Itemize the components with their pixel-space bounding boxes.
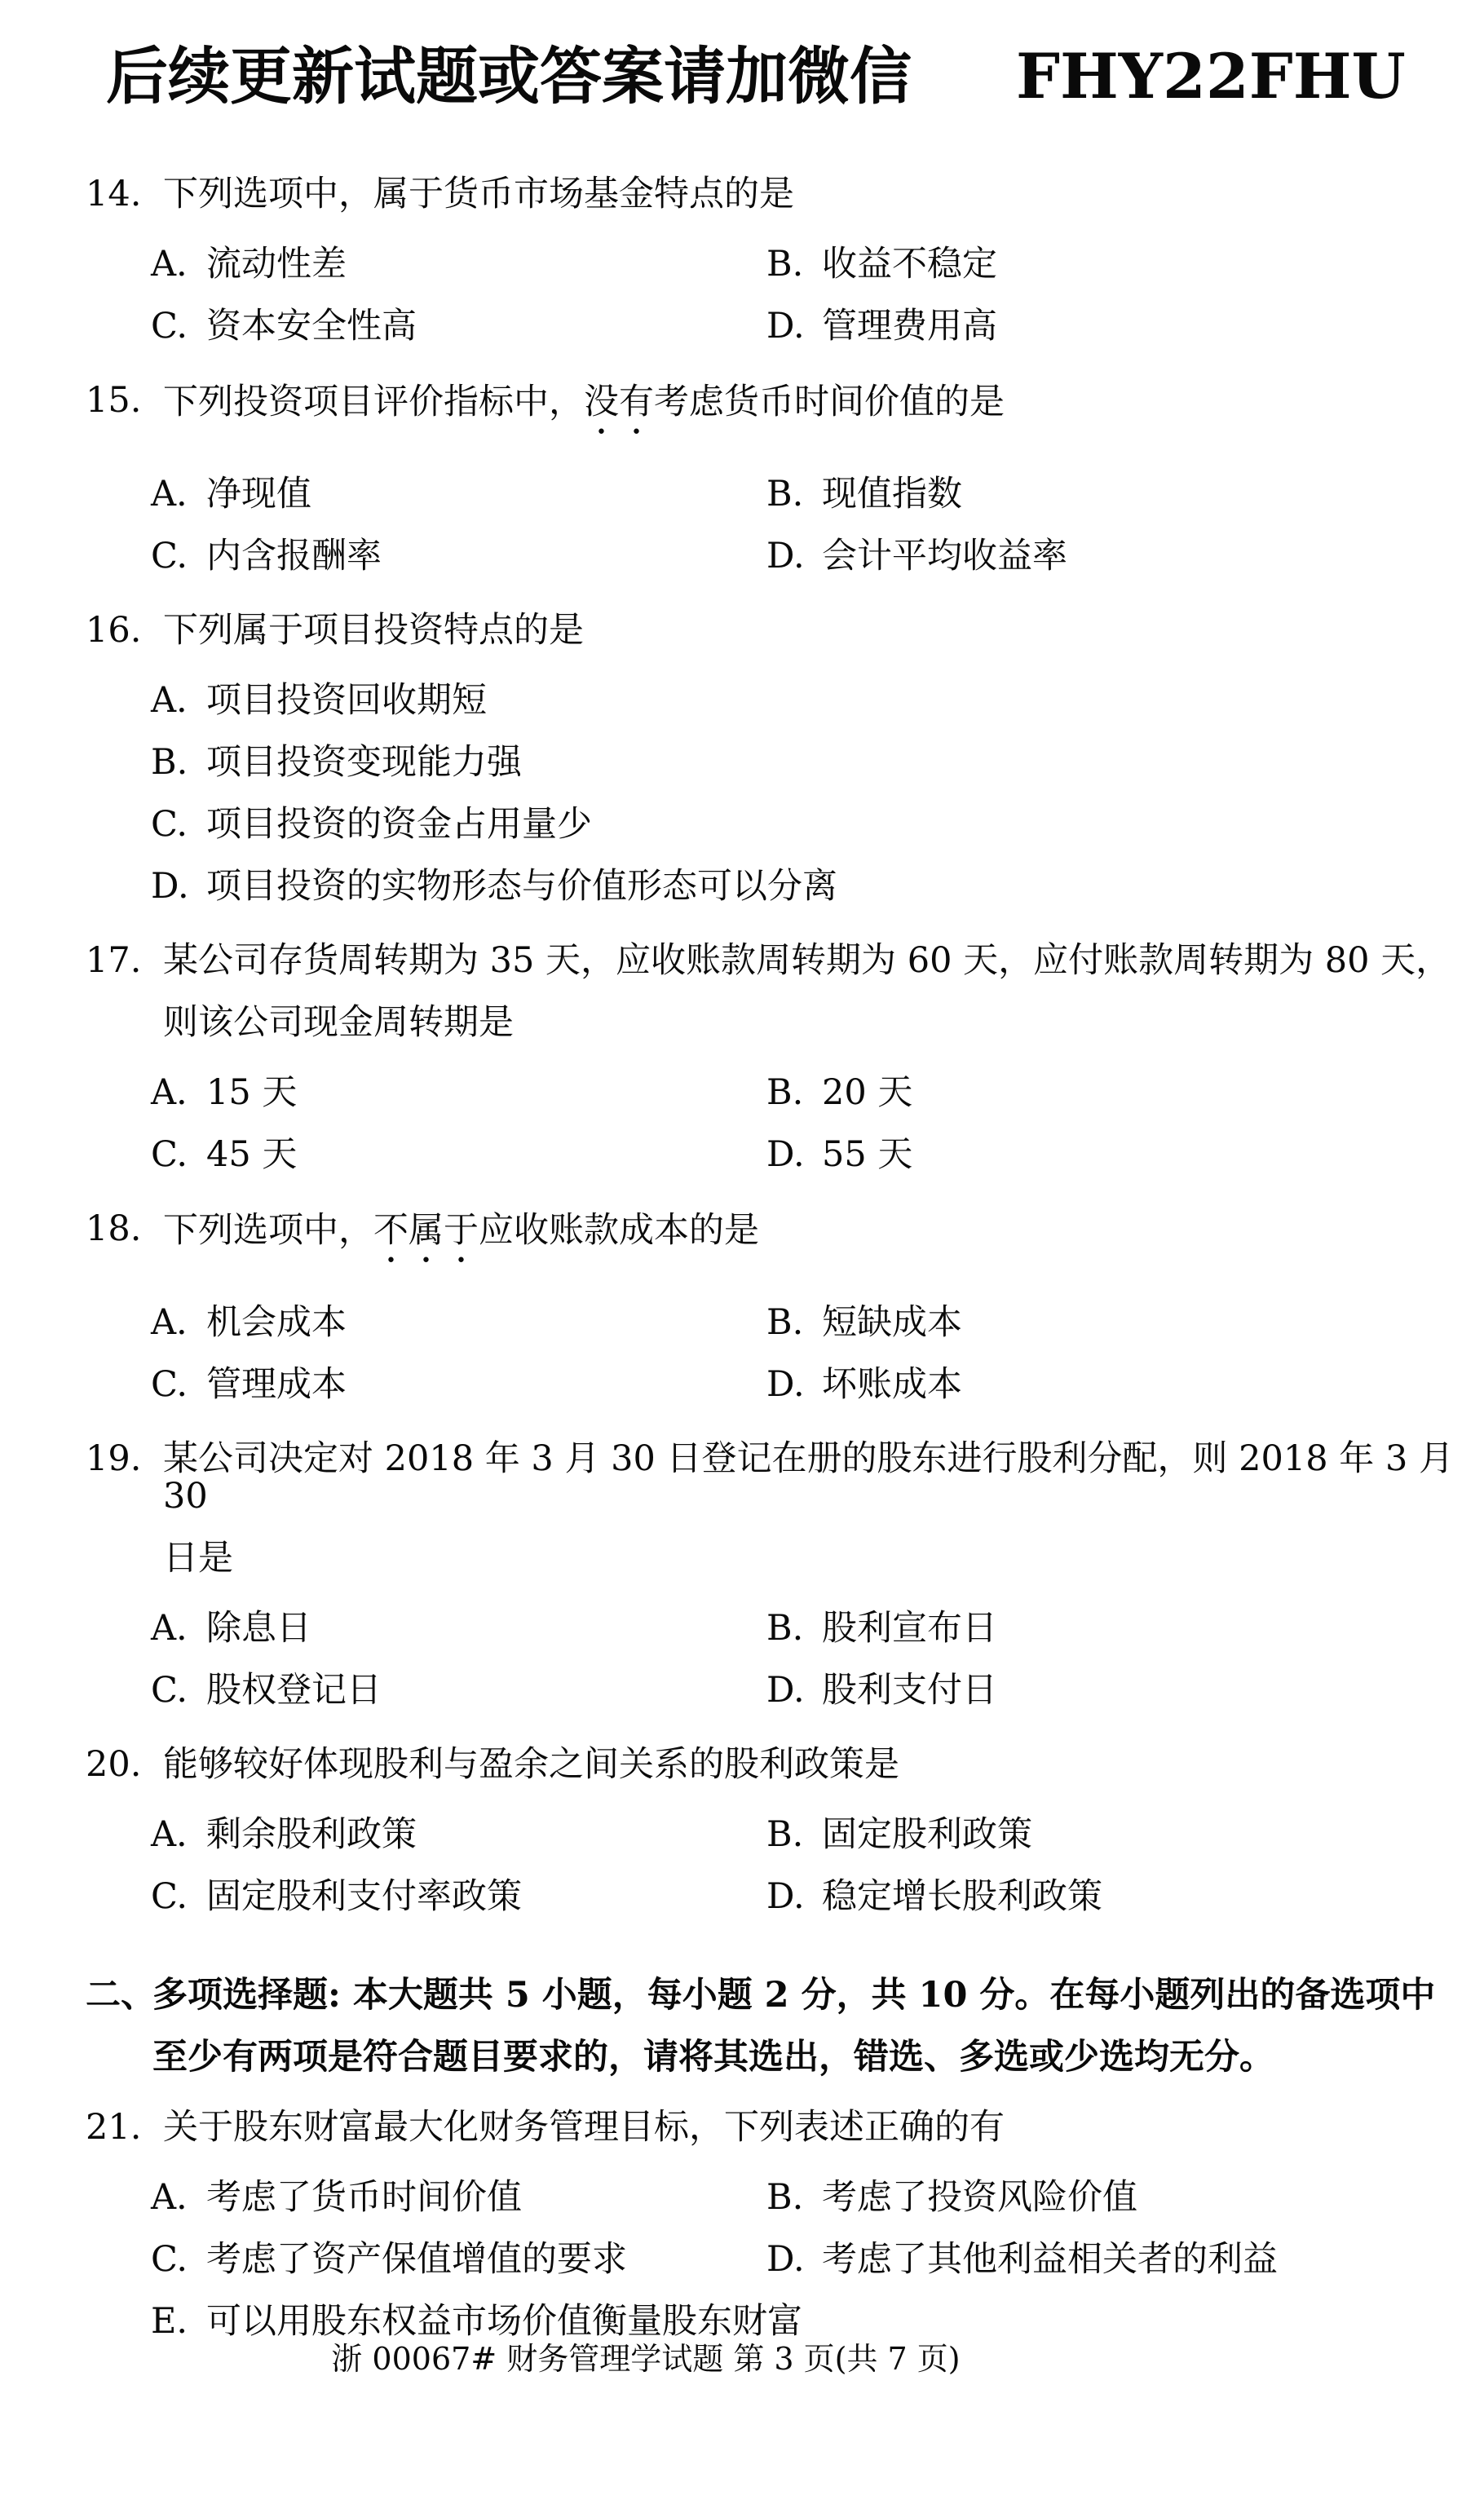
question-text-line: 下列投资项目评价指标中，没有考虑货币时间价值的是 (163, 382, 1484, 443)
option-text: 项目投资变现能力强 (206, 744, 522, 781)
option-a: A. 净现值 (151, 475, 766, 513)
question-number: 17. (86, 942, 163, 1041)
options-row: C. 股权登记日 D. 股利支付日 (151, 1672, 1484, 1709)
question-text-line: 能够较好体现股利与盈余之间关系的股利政策是 (163, 1746, 1484, 1783)
option-letter: D. (766, 1136, 822, 1173)
option-text: 股利支付日 (822, 1672, 997, 1709)
question-text-pre: 下列选项中， (163, 1210, 373, 1251)
question-text-line: 下列选项中，属于货币市场基金特点的是 (163, 175, 1484, 213)
question-text-emphasis: 不属于 (373, 1210, 479, 1251)
options-row: C. 45 天 D. 55 天 (151, 1136, 1484, 1173)
option-letter: D. (766, 1366, 822, 1403)
exam-page: 后续更新试题或答案请加微信 FHY22FHU 14. 下列选项中，属于货币市场基… (0, 0, 1484, 2504)
option-letter: A. (151, 1074, 206, 1111)
option-b: B. 考虑了投资风险价值 (766, 2179, 1137, 2216)
options-row: A. 15 天 B. 20 天 (151, 1074, 1484, 1111)
question-20: 20. 能够较好体现股利与盈余之间关系的股利政策是 A. 剩余股利政策 B. 固… (86, 1746, 1484, 1940)
option-text: 短缺成本 (822, 1304, 962, 1341)
question-text: 关于股东财富最大化财务管理目标，下列表述正确的有 (163, 2109, 1484, 2146)
option-a: A. 考虑了货币时间价值 (151, 2179, 766, 2216)
options-row: A. 流动性差 B. 收益不稳定 (151, 245, 1484, 283)
question-text-line: 某公司存货周转期为 35 天，应收账款周转期为 60 天，应付账款周转期为 80… (163, 942, 1484, 979)
section-text-line: 至少有两项是符合题目要求的，请将其选出，错选、多选或少选均无分。 (152, 2038, 1484, 2076)
option-letter: E. (151, 2303, 206, 2340)
question-text: 下列选项中，不属于应收账款成本的是 (163, 1210, 1484, 1271)
page-footer: 浙 00067# 财务管理学试题 第 3 页(共 7 页) (331, 2342, 960, 2376)
question-19: 19. 某公司决定对 2018 年 3 月 30 日登记在册的股东进行股利分配，… (86, 1440, 1484, 1733)
options-row: A. 项目投资回收期短 (151, 682, 1484, 719)
option-letter: A. (151, 1816, 206, 1853)
options-row: C. 项目投资的资金占用量少 (151, 806, 1484, 843)
option-text: 考虑了资产保值增值的要求 (206, 2241, 627, 2278)
options-row: A. 机会成本 B. 短缺成本 (151, 1304, 1484, 1341)
option-text: 55 天 (822, 1136, 912, 1173)
question-text-line: 下列属于项目投资特点的是 (163, 612, 1484, 649)
option-a: A. 流动性差 (151, 245, 766, 283)
option-d: D. 稳定增长股利政策 (766, 1878, 1102, 1915)
section-text-line: 多项选择题: 本大题共 5 小题，每小题 2 分，共 10 分。在每小题列出的备… (152, 1976, 1484, 2014)
question-head: 15. 下列投资项目评价指标中，没有考虑货币时间价值的是 (86, 382, 1484, 443)
banner-wechat-code: FHY22FHU (1016, 42, 1406, 111)
option-text: 股权登记日 (206, 1672, 382, 1709)
option-text: 项目投资回收期短 (206, 682, 487, 719)
options-row: A. 净现值 B. 现值指数 (151, 475, 1484, 513)
option-letter: B. (151, 744, 206, 781)
options-row: D. 项目投资的实物形态与价值形态可以分离 (151, 868, 1484, 905)
question-text: 下列属于项目投资特点的是 (163, 612, 1484, 649)
option-c: C. 固定股利支付率政策 (151, 1878, 766, 1915)
question-head: 18. 下列选项中，不属于应收账款成本的是 (86, 1210, 1484, 1271)
question-head: 17. 某公司存货周转期为 35 天，应收账款周转期为 60 天，应付账款周转期… (86, 942, 1484, 1041)
options-row: A. 考虑了货币时间价值 B. 考虑了投资风险价值 (151, 2179, 1484, 2216)
question-head: 16. 下列属于项目投资特点的是 (86, 612, 1484, 649)
question-head: 20. 能够较好体现股利与盈余之间关系的股利政策是 (86, 1746, 1484, 1783)
option-b: B. 收益不稳定 (766, 245, 997, 283)
option-text: 剩余股利政策 (206, 1816, 417, 1853)
option-text: 内含报酬率 (206, 537, 382, 575)
question-text-line: 某公司决定对 2018 年 3 月 30 日登记在册的股东进行股利分配，则 20… (163, 1440, 1484, 1515)
option-a: A. 剩余股利政策 (151, 1816, 766, 1853)
option-letter: C. (151, 1878, 206, 1915)
option-text: 15 天 (206, 1074, 297, 1111)
option-c: C. 管理成本 (151, 1366, 766, 1403)
question-text-line: 日是 (163, 1539, 1484, 1577)
question-number: 19. (86, 1440, 163, 1577)
option-text: 现值指数 (822, 475, 962, 513)
question-18: 18. 下列选项中，不属于应收账款成本的是 A. 机会成本 B. 短缺成本 C.… (86, 1210, 1484, 1428)
option-e: E. 可以用股东权益市场价值衡量股东财富 (151, 2303, 802, 2340)
option-letter: D. (766, 1878, 822, 1915)
option-c: C. 资本安全性高 (151, 307, 766, 345)
question-text: 某公司决定对 2018 年 3 月 30 日登记在册的股东进行股利分配，则 20… (163, 1440, 1484, 1577)
option-letter: C. (151, 1136, 206, 1173)
question-text-line: 则该公司现金周转期是 (163, 1004, 1484, 1041)
question-number: 14. (86, 175, 163, 213)
question-number: 20. (86, 1746, 163, 1783)
banner-notice-text: 后续更新试题或答案请加微信 (106, 42, 912, 111)
option-a: A. 除息日 (151, 1610, 766, 1647)
option-text: 考虑了货币时间价值 (206, 2179, 522, 2216)
option-c: C. 45 天 (151, 1136, 766, 1173)
option-letter: C. (151, 307, 206, 345)
options-row: C. 考虑了资产保值增值的要求 D. 考虑了其他利益相关者的利益 (151, 2241, 1484, 2278)
question-text: 下列投资项目评价指标中，没有考虑货币时间价值的是 (163, 382, 1484, 443)
question-text-post: 应收账款成本的是 (479, 1210, 759, 1251)
option-a: A. 15 天 (151, 1074, 766, 1111)
option-letter: B. (766, 475, 822, 513)
question-number: 18. (86, 1210, 163, 1271)
option-d: D. 55 天 (766, 1136, 912, 1173)
option-text: 固定股利政策 (822, 1816, 1032, 1853)
option-letter: B. (766, 245, 822, 283)
option-d: D. 管理费用高 (766, 307, 997, 345)
option-b: B. 短缺成本 (766, 1304, 962, 1341)
option-letter: D. (766, 537, 822, 575)
options-row: C. 资本安全性高 D. 管理费用高 (151, 307, 1484, 345)
option-letter: A. (151, 1610, 206, 1647)
option-text: 流动性差 (206, 245, 347, 283)
option-letter: B. (766, 1304, 822, 1341)
question-number: 15. (86, 382, 163, 443)
question-text-emphasis: 没有 (584, 382, 654, 422)
option-d: D. 会计平均收益率 (766, 537, 1067, 575)
option-text: 可以用股东权益市场价值衡量股东财富 (206, 2303, 802, 2340)
option-letter: B. (766, 1074, 822, 1111)
options-row: C. 管理成本 D. 坏账成本 (151, 1366, 1484, 1403)
question-text: 下列选项中，属于货币市场基金特点的是 (163, 175, 1484, 213)
option-d: D. 股利支付日 (766, 1672, 997, 1709)
question-16: 16. 下列属于项目投资特点的是 A. 项目投资回收期短 B. 项目投资变现能力… (86, 612, 1484, 930)
page-banner: 后续更新试题或答案请加微信 FHY22FHU (106, 42, 1484, 111)
question-text: 某公司存货周转期为 35 天，应收账款周转期为 60 天，应付账款周转期为 80… (163, 942, 1484, 1041)
option-letter: D. (766, 2241, 822, 2278)
section-head: 二、 多项选择题: 本大题共 5 小题，每小题 2 分，共 10 分。在每小题列… (86, 1976, 1484, 2076)
question-text-line: 下列选项中，不属于应收账款成本的是 (163, 1210, 1484, 1271)
options-row: C. 内含报酬率 D. 会计平均收益率 (151, 537, 1484, 575)
option-b: B. 现值指数 (766, 475, 962, 513)
section-heading-multiple-choice: 二、 多项选择题: 本大题共 5 小题，每小题 2 分，共 10 分。在每小题列… (86, 1976, 1484, 2076)
option-letter: A. (151, 682, 206, 719)
question-head: 21. 关于股东财富最大化财务管理目标，下列表述正确的有 (86, 2109, 1484, 2146)
section-text: 多项选择题: 本大题共 5 小题，每小题 2 分，共 10 分。在每小题列出的备… (152, 1976, 1484, 2076)
option-letter: A. (151, 245, 206, 283)
option-text: 项目投资的实物形态与价值形态可以分离 (206, 868, 837, 905)
question-text-pre: 下列投资项目评价指标中， (163, 382, 584, 422)
option-text: 会计平均收益率 (822, 537, 1067, 575)
option-text: 管理费用高 (822, 307, 997, 345)
section-number: 二、 (86, 1976, 152, 2076)
option-text: 股利宣布日 (822, 1610, 997, 1647)
option-d: D. 坏账成本 (766, 1366, 962, 1403)
option-c: C. 考虑了资产保值增值的要求 (151, 2241, 766, 2278)
option-text: 除息日 (206, 1610, 311, 1647)
option-b: B. 股利宣布日 (766, 1610, 997, 1647)
options-row: E. 可以用股东权益市场价值衡量股东财富 (151, 2303, 1484, 2340)
option-text: 20 天 (822, 1074, 912, 1111)
option-letter: C. (151, 2241, 206, 2278)
option-letter: D. (151, 868, 206, 905)
option-letter: B. (766, 1816, 822, 1853)
option-letter: D. (766, 307, 822, 345)
option-letter: C. (151, 806, 206, 843)
option-letter: B. (766, 2179, 822, 2216)
question-text: 能够较好体现股利与盈余之间关系的股利政策是 (163, 1746, 1484, 1783)
question-21: 21. 关于股东财富最大化财务管理目标，下列表述正确的有 A. 考虑了货币时间价… (86, 2109, 1484, 2365)
option-a: A. 项目投资回收期短 (151, 682, 487, 719)
option-c: C. 项目投资的资金占用量少 (151, 806, 592, 843)
option-b: B. 固定股利政策 (766, 1816, 1032, 1853)
option-text: 收益不稳定 (822, 245, 997, 283)
option-text: 资本安全性高 (206, 307, 417, 345)
option-d: D. 项目投资的实物形态与价值形态可以分离 (151, 868, 837, 905)
options-row: A. 剩余股利政策 B. 固定股利政策 (151, 1816, 1484, 1853)
option-d: D. 考虑了其他利益相关者的利益 (766, 2241, 1278, 2278)
option-b: B. 20 天 (766, 1074, 912, 1111)
option-text: 坏账成本 (822, 1366, 962, 1403)
question-number: 16. (86, 612, 163, 649)
option-text: 管理成本 (206, 1366, 347, 1403)
option-b: B. 项目投资变现能力强 (151, 744, 522, 781)
question-head: 19. 某公司决定对 2018 年 3 月 30 日登记在册的股东进行股利分配，… (86, 1440, 1484, 1577)
options-row: B. 项目投资变现能力强 (151, 744, 1484, 781)
option-text: 机会成本 (206, 1304, 347, 1341)
option-text: 考虑了其他利益相关者的利益 (822, 2241, 1278, 2278)
question-14: 14. 下列选项中，属于货币市场基金特点的是 A. 流动性差 B. 收益不稳定 … (86, 175, 1484, 369)
question-number: 21. (86, 2109, 163, 2146)
option-letter: C. (151, 1366, 206, 1403)
option-c: C. 内含报酬率 (151, 537, 766, 575)
option-a: A. 机会成本 (151, 1304, 766, 1341)
option-c: C. 股权登记日 (151, 1672, 766, 1709)
option-letter: A. (151, 1304, 206, 1341)
options-row: C. 固定股利支付率政策 D. 稳定增长股利政策 (151, 1878, 1484, 1915)
option-text: 项目投资的资金占用量少 (206, 806, 592, 843)
options-row: A. 除息日 B. 股利宣布日 (151, 1610, 1484, 1647)
question-head: 14. 下列选项中，属于货币市场基金特点的是 (86, 175, 1484, 213)
option-text: 45 天 (206, 1136, 297, 1173)
option-letter: C. (151, 537, 206, 575)
option-text: 净现值 (206, 475, 311, 513)
question-17: 17. 某公司存货周转期为 35 天，应收账款周转期为 60 天，应付账款周转期… (86, 942, 1484, 1198)
option-letter: A. (151, 2179, 206, 2216)
option-letter: D. (766, 1672, 822, 1709)
option-letter: B. (766, 1610, 822, 1647)
option-text: 稳定增长股利政策 (822, 1878, 1102, 1915)
option-letter: A. (151, 475, 206, 513)
option-text: 固定股利支付率政策 (206, 1878, 522, 1915)
option-text: 考虑了投资风险价值 (822, 2179, 1137, 2216)
question-text-post: 考虑货币时间价值的是 (654, 382, 1005, 422)
option-letter: C. (151, 1672, 206, 1709)
question-15: 15. 下列投资项目评价指标中，没有考虑货币时间价值的是 A. 净现值 B. 现… (86, 382, 1484, 599)
question-text-line: 关于股东财富最大化财务管理目标，下列表述正确的有 (163, 2109, 1484, 2146)
